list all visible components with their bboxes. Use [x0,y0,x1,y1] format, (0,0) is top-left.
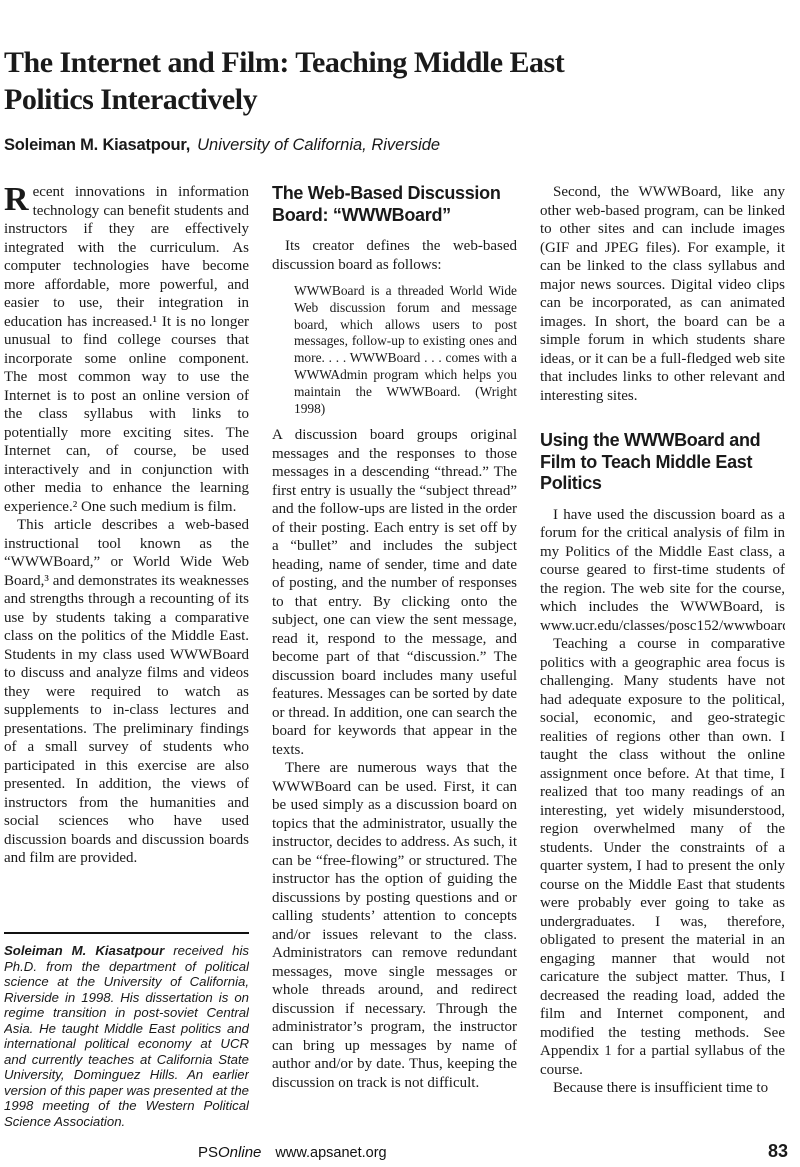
paragraph-text: ecent innovations in information technol… [4,184,249,515]
body-paragraph: Second, the WWWBoard, like any other web… [540,183,785,405]
footer-journal-line: PSOnlinewww.apsanet.org [198,1144,387,1161]
column-2: The Web-Based Discussion Board: “WWWBoar… [272,183,517,1133]
body-paragraph: Teaching a course in comparative politic… [540,635,785,1079]
body-paragraph: There are numerous ways that the WWWBoar… [272,759,517,1092]
column-1: Recent innovations in information techno… [4,183,249,1133]
journal-page: The Internet and Film: Teaching Middle E… [0,0,800,1167]
journal-name-online: Online [218,1144,261,1161]
body-paragraph: A discussion board groups original messa… [272,426,517,759]
journal-name-ps: PS [198,1144,218,1161]
section-heading-wwwboard: The Web-Based Discussion Board: “WWWBoar… [272,183,517,226]
body-paragraph: Because there is insufficient time to [540,1079,785,1098]
bio-author-name: Soleiman M. Kiasatpour [4,943,164,958]
bio-text: received his Ph.D. from the department o… [4,943,249,1129]
author-name: Soleiman M. Kiasatpour, [4,136,190,154]
journal-url: www.apsanet.org [275,1145,386,1161]
body-paragraph: I have used the discussion board as a fo… [540,506,785,636]
body-paragraph: Recent innovations in information techno… [4,183,249,516]
body-paragraph: Its creator defines the web-based discus… [272,237,517,274]
byline: Soleiman M. Kiasatpour,University of Cal… [4,136,704,155]
author-affiliation: University of California, Riverside [197,136,440,154]
body-paragraph: This article describes a web-based instr… [4,516,249,868]
column-1-text: Recent innovations in information techno… [4,183,249,920]
bio-divider [4,932,249,934]
blockquote-wright: WWWBoard is a threaded World Wide Web di… [294,283,517,417]
column-3: Second, the WWWBoard, like any other web… [540,183,785,1133]
article-title: The Internet and Film: Teaching Middle E… [4,44,584,118]
author-bio: Soleiman M. Kiasatpour received his Ph.D… [4,943,249,1129]
article-title-line1: The Internet and Film: Teaching Middle E… [4,44,584,81]
article-title-line2: Politics Interactively [4,81,584,118]
section-heading-using-wwwboard: Using the WWWBoard and Film to Teach Mid… [540,430,785,495]
page-number: 83 [768,1141,788,1162]
article-body: Recent innovations in information techno… [4,183,785,1133]
dropcap-letter: R [4,183,33,215]
